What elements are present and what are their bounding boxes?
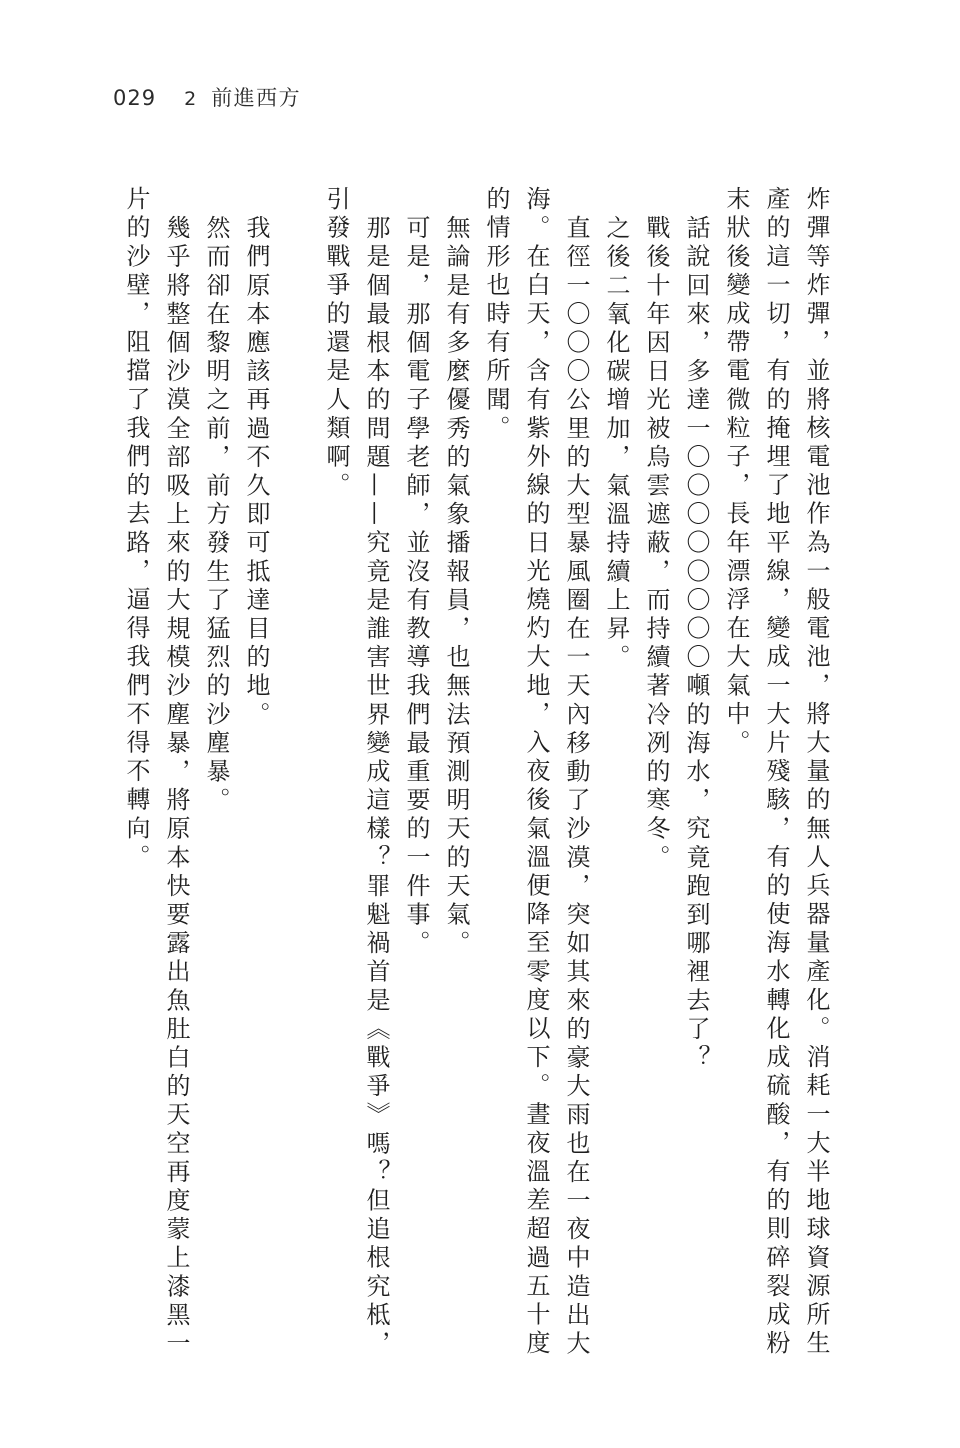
page-number: 029 (113, 86, 156, 110)
paragraph: 直徑一〇〇〇公里的大型暴風圈在一天內移動了沙漠，突如其來的豪大雨也在一夜中造出大… (476, 186, 596, 1366)
paragraph: 戰後十年因日光被烏雲遮蔽，而持續著冷冽的寒冬。 (636, 186, 676, 1366)
paragraph: 可是，那個電子學老師，並沒有教導我們最重要的一件事。 (396, 186, 436, 1366)
vertical-text-block: 炸彈等炸彈，並將核電池作為一般電池，將大量的無人兵器量產化。消耗一大半地球資源所… (100, 186, 836, 1366)
chapter-number: 2 (184, 88, 198, 110)
paragraph: 之後二氧化碳增加，氣溫持續上昇。 (596, 186, 636, 1366)
paragraph: 無論是有多麼優秀的氣象播報員，也無法預測明天的天氣。 (436, 186, 476, 1366)
book-page: 029 2 前進西方 炸彈等炸彈，並將核電池作為一般電池，將大量的無人兵器量產化… (0, 0, 960, 1448)
paragraph: 炸彈等炸彈，並將核電池作為一般電池，將大量的無人兵器量產化。消耗一大半地球資源所… (716, 186, 836, 1366)
paragraph: 幾乎將整個沙漠全部吸上來的大規模沙塵暴，將原本快要露出魚肚白的天空再度蒙上漆黑一… (116, 186, 196, 1366)
running-header: 029 2 前進西方 (113, 82, 301, 112)
paragraph: 話說回來，多達一〇〇〇〇〇〇〇〇噸的海水，究竟跑到哪裡去了？ (676, 186, 716, 1366)
paragraph: 然而卻在黎明之前，前方發生了猛烈的沙塵暴。 (196, 186, 236, 1366)
paragraph: 那是個最根本的問題——究竟是誰害世界變成這樣？罪魁禍首是《戰爭》嗎？但追根究柢，… (316, 186, 396, 1366)
chapter-title: 前進西方 (211, 82, 301, 112)
paragraph: 我們原本應該再過不久即可抵達目的地。 (236, 186, 276, 1366)
